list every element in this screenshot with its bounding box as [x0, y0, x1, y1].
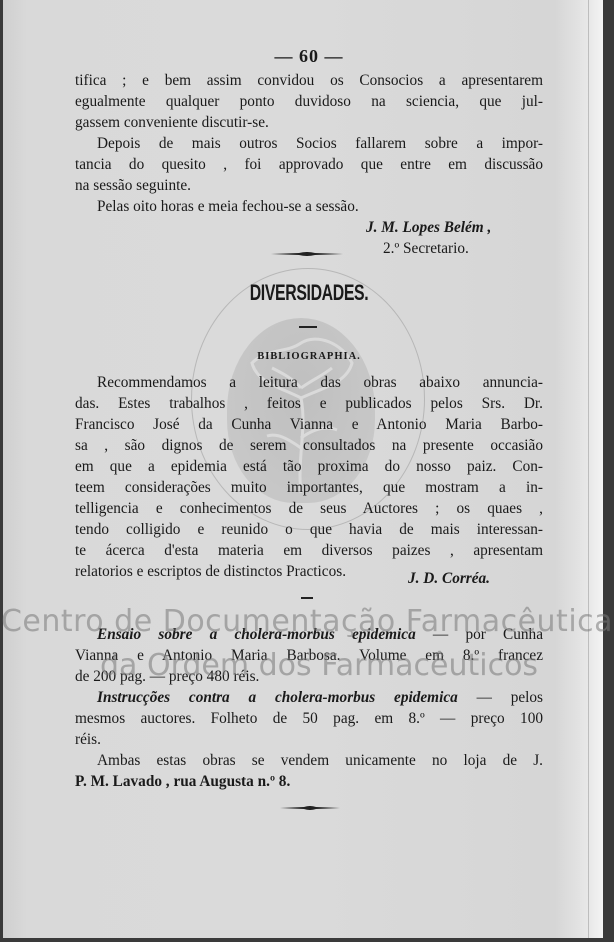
signature-name: J. M. Lopes Belém , [366, 217, 491, 238]
ornamental-rule-icon [271, 251, 343, 257]
divider-icon [299, 326, 317, 328]
text-line: gassem conveniente discutir-se. [75, 112, 543, 133]
text-line: Francisco José da Cunha Vianna e Antonio… [75, 414, 543, 435]
text-line: tendo colligido e reunido o que havia de… [75, 519, 543, 540]
text-line: Depois de mais outros Socios fallarem so… [75, 133, 543, 154]
text-line: réis. [75, 729, 543, 750]
text-line: na sessão seguinte. [75, 175, 543, 196]
bibliography-paragraph: Recommendamos a leitura das obras abaixo… [75, 372, 543, 582]
ornamental-rule-icon [280, 805, 340, 811]
signature-correa: J. D. Corréa. [408, 568, 490, 589]
text-line: em que a epidemia está tão proxima do no… [75, 456, 543, 477]
page-number: — 60 — [75, 46, 543, 67]
text-line: tifica ; e bem assim convidou os Consoci… [75, 70, 543, 91]
section-title: DIVERSIDADES. [141, 282, 478, 303]
text-line: telligencia e conhecimentos de seus Auct… [75, 498, 543, 519]
text-line: sa , são dignos de serem consultados na … [75, 435, 543, 456]
text-line: P. M. Lavado , rua Augusta n.º 8. [75, 771, 543, 792]
text-line: egualmente qualquer ponto duvidoso na sc… [75, 91, 543, 112]
listing-instruccoes: Instrucções contra a cholera-morbus epid… [75, 687, 543, 750]
sales-note: Ambas estas obras se vendem unicamente n… [75, 750, 543, 792]
text-line: te ácerca d'esta materia em diversos pai… [75, 540, 543, 561]
text-line: mesmos auctores. Folheto de 50 pag. em 8… [75, 708, 543, 729]
watermark-line-1: Centro de Documentação Farmacêutica [0, 604, 614, 639]
text-line: Recommendamos a leitura das obras abaixo… [75, 372, 543, 393]
signature-role: 2.º Secretario. [383, 238, 469, 259]
closing-paragraph: Pelas oito horas e meia fechou-se a sess… [75, 196, 543, 217]
watermark-line-2: da Ordem dos Farmacêuticos [100, 648, 520, 683]
book-title: Instrucções contra a cholera-morbus epid… [97, 689, 458, 706]
text-line: tancia do quesito , foi approvado que en… [75, 154, 543, 175]
text-line: teem considerações muito importantes, qu… [75, 477, 543, 498]
divider-icon [301, 597, 313, 599]
text-line: Ambas estas obras se vendem unicamente n… [75, 750, 543, 771]
page-edge [588, 0, 603, 938]
section-subtitle: BIBLIOGRAPHIA. [75, 346, 543, 367]
continuation-paragraph: tifica ; e bem assim convidou os Consoci… [75, 70, 543, 133]
text-line: das. Estes trabalhos , feitos e publicad… [75, 393, 543, 414]
discussion-paragraph: Depois de mais outros Socios fallarem so… [75, 133, 543, 196]
text-line: — pelos [458, 689, 543, 706]
text-line: Pelas oito horas e meia fechou-se a sess… [75, 196, 543, 217]
